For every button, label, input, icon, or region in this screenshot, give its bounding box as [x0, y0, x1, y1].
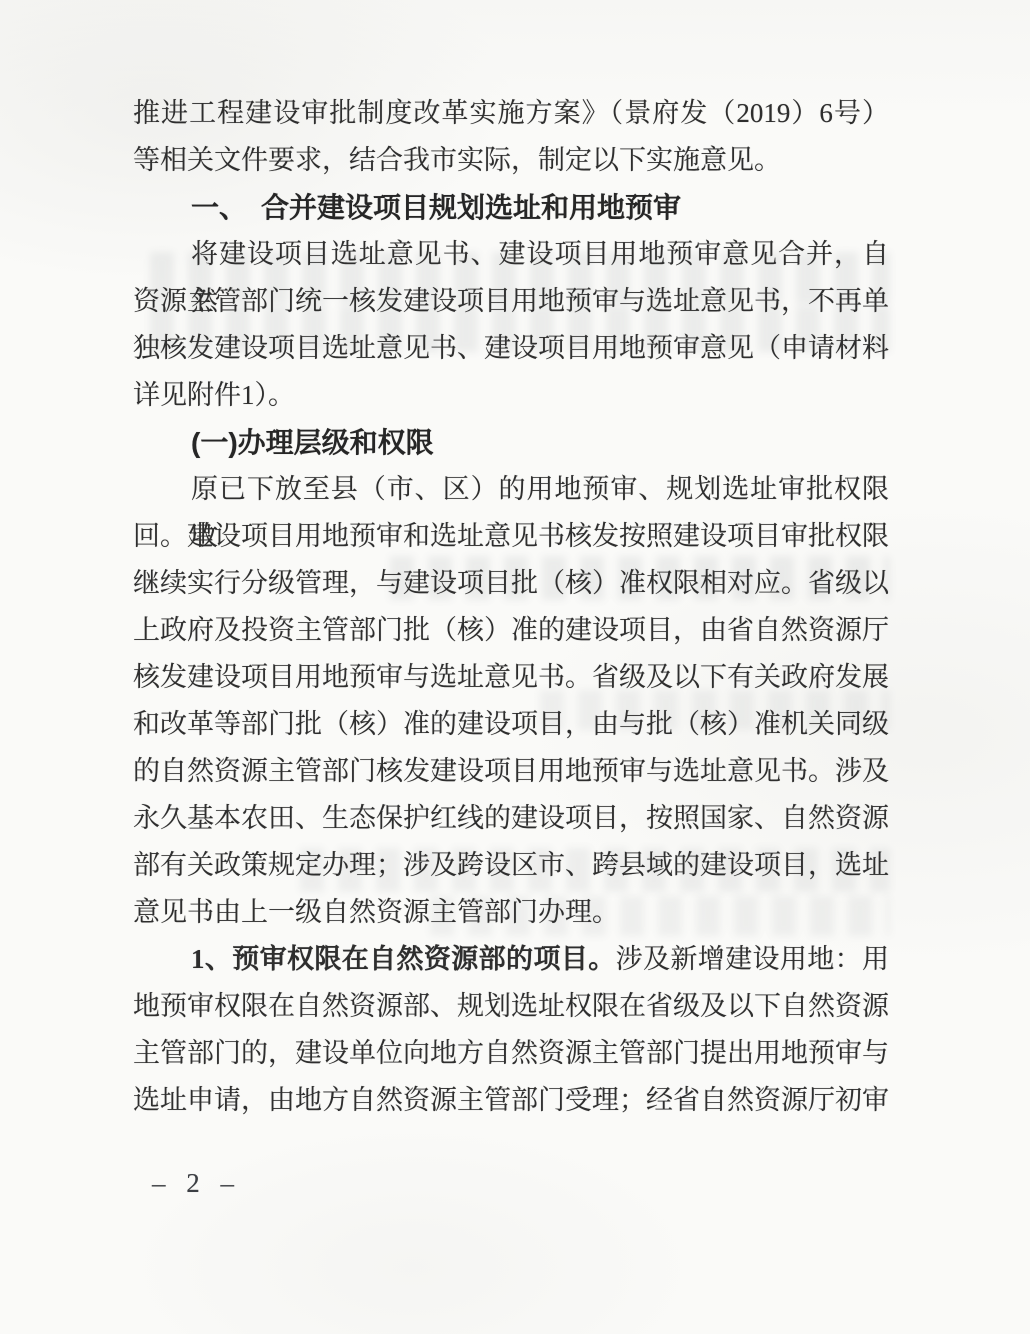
document-line: 部有关政策规定办理；涉及跨设区市、跨县域的建设项目，选址: [133, 842, 889, 889]
document-line: 地预审权限在自然资源部、规划选址权限在省级及以下自然资源: [133, 983, 889, 1030]
text-run: 资源主管部门统一核发建设项目用地预审与选址意见书，不再单: [133, 286, 889, 316]
text-run: (一)办理层级和权限: [191, 427, 434, 458]
document-line: 上政府及投资主管部门批（核）准的建设项目，由省自然资源厅: [133, 607, 889, 654]
page-number: – 2 –: [152, 1168, 241, 1199]
text-run: 主管部门的，建设单位向地方自然资源主管部门提出用地预审与: [133, 1038, 889, 1068]
document-line: 原已下放至县（市、区）的用地预审、规划选址审批权限收: [133, 466, 889, 513]
document-line: 等相关文件要求，结合我市实际，制定以下实施意见。: [133, 137, 889, 184]
document-page: 推进工程建设审批制度改革实施方案》（景府发（2019）6号）等相关文件要求，结合…: [0, 0, 1030, 1334]
document-line: 详见附件1）。: [133, 372, 889, 419]
document-line: 独核发建设项目选址意见书、建设项目用地预审意见（申请材料: [133, 325, 889, 372]
text-run: 继续实行分级管理，与建设项目批（核）准权限相对应。省级以: [133, 568, 889, 598]
document-line: 1、预审权限在自然资源部的项目。涉及新增建设用地：用: [133, 936, 889, 983]
text-run: 永久基本农田、生态保护红线的建设项目，按照国家、自然资源: [133, 803, 889, 833]
document-line: 核发建设项目用地预审与选址意见书。省级及以下有关政府发展: [133, 654, 889, 701]
text-run: 一、 合并建设项目规划选址和用地预审: [191, 192, 681, 223]
document-body: 推进工程建设审批制度改革实施方案》（景府发（2019）6号）等相关文件要求，结合…: [133, 90, 889, 1124]
text-run: 回。建设项目用地预审和选址意见书核发按照建设项目审批权限: [133, 521, 889, 551]
document-line: 的自然资源主管部门核发建设项目用地预审与选址意见书。涉及: [133, 748, 889, 795]
text-run: 独核发建设项目选址意见书、建设项目用地预审意见（申请材料: [133, 333, 889, 363]
text-run: 核发建设项目用地预审与选址意见书。省级及以下有关政府发展: [133, 662, 889, 692]
text-run: 意见书由上一级自然资源主管部门办理。: [133, 897, 619, 927]
document-line: 主管部门的，建设单位向地方自然资源主管部门提出用地预审与: [133, 1030, 889, 1077]
text-run: 选址申请，由地方自然资源主管部门受理；经省自然资源厅初审: [133, 1085, 889, 1115]
document-line: 将建设项目选址意见书、建设项目用地预审意见合并，自然: [133, 231, 889, 278]
text-run: 1、预审权限在自然资源部的项目。: [191, 944, 616, 974]
text-run: 等相关文件要求，结合我市实际，制定以下实施意见。: [133, 145, 781, 175]
text-run: 部有关政策规定办理；涉及跨设区市、跨县域的建设项目，选址: [133, 850, 889, 880]
document-heading-line: (一)办理层级和权限: [133, 419, 889, 466]
text-run: 详见附件1）。: [133, 380, 295, 410]
document-line: 和改革等部门批（核）准的建设项目，由与批（核）准机关同级: [133, 701, 889, 748]
text-run: 的自然资源主管部门核发建设项目用地预审与选址意见书。涉及: [133, 756, 889, 786]
document-heading-line: 一、 合并建设项目规划选址和用地预审: [133, 184, 889, 231]
text-run: 地预审权限在自然资源部、规划选址权限在省级及以下自然资源: [133, 991, 889, 1021]
document-line: 意见书由上一级自然资源主管部门办理。: [133, 889, 889, 936]
document-line: 回。建设项目用地预审和选址意见书核发按照建设项目审批权限: [133, 513, 889, 560]
document-line: 继续实行分级管理，与建设项目批（核）准权限相对应。省级以: [133, 560, 889, 607]
text-run: 和改革等部门批（核）准的建设项目，由与批（核）准机关同级: [133, 709, 889, 739]
text-run: 推进工程建设审批制度改革实施方案》（景府发（2019）6号）: [133, 98, 889, 128]
document-line: 资源主管部门统一核发建设项目用地预审与选址意见书，不再单: [133, 278, 889, 325]
document-line: 永久基本农田、生态保护红线的建设项目，按照国家、自然资源: [133, 795, 889, 842]
text-run: 上政府及投资主管部门批（核）准的建设项目，由省自然资源厅: [133, 615, 889, 645]
text-run: 涉及新增建设用地：用: [616, 944, 889, 974]
document-line: 选址申请，由地方自然资源主管部门受理；经省自然资源厅初审: [133, 1077, 889, 1124]
document-line: 推进工程建设审批制度改革实施方案》（景府发（2019）6号）: [133, 90, 889, 137]
